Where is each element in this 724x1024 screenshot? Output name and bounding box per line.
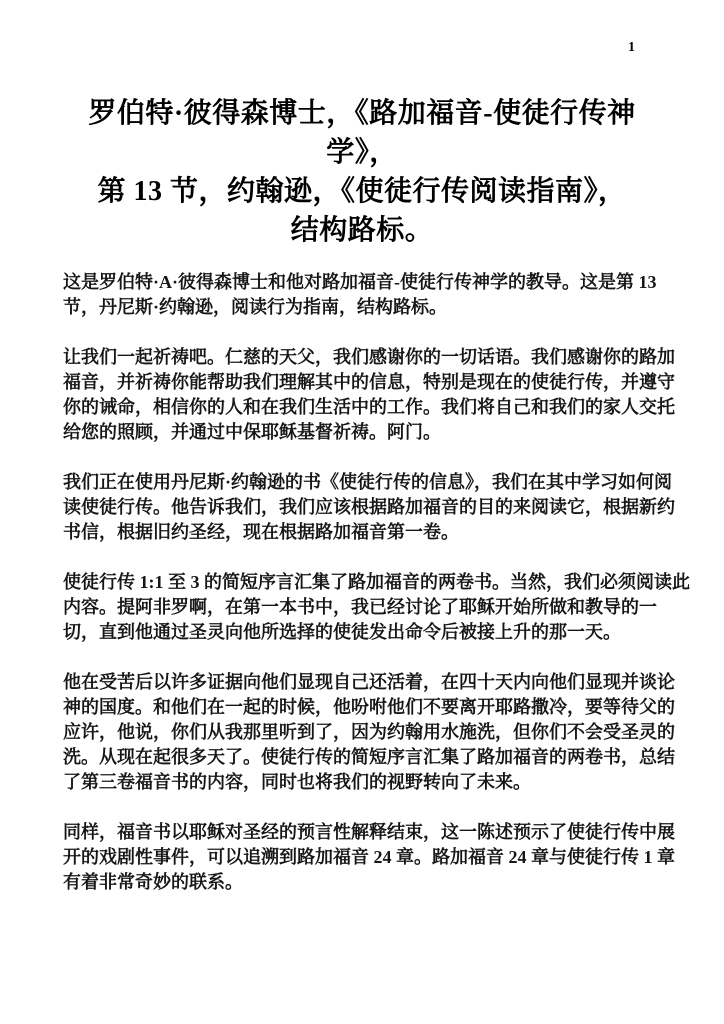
text-line: 这是罗伯特·A·彼得森博士和他对路加福音-使徒行传神学的教导。这是第 13 (63, 270, 664, 295)
text-line: 应许，他说，你们从我那里听到了，因为约翰用水施洗，但你们不会受圣灵的 (63, 720, 664, 745)
document-body: 这是罗伯特·A·彼得森博士和他对路加福音-使徒行传神学的教导。这是第 13 节，… (63, 270, 664, 920)
paragraph-acts-preface: 使徒行传 1:1 至 3 的简短序言汇集了路加福音的两卷书。当然，我们必须阅读此… (63, 570, 664, 645)
text-line: 同样，福音书以耶稣对圣经的预言性解释结束，这一陈述预示了使徒行传中展 (63, 820, 664, 845)
document-title: 罗伯特·彼得森博士，《路加福音-使徒行传神 学》， 第 13 节，约翰逊，《使徒… (40, 94, 684, 250)
text-line: 洗。从现在起很多天了。使徒行传的简短序言汇集了路加福音的两卷书，总结 (63, 745, 664, 770)
paragraph-prayer: 让我们一起祈祷吧。仁慈的天父，我们感谢你的一切话语。我们感谢你的路加 福音，并祈… (63, 345, 664, 445)
paragraph-forty-days: 他在受苦后以许多证据向他们显现自己还活着，在四十天内向他们显现并谈论 神的国度。… (63, 670, 664, 795)
text-line: 福音，并祈祷你能帮助我们理解其中的信息，特别是现在的使徒行传，并遵守 (63, 370, 664, 395)
text-line: 让我们一起祈祷吧。仁慈的天父，我们感谢你的一切话语。我们感谢你的路加 (63, 345, 664, 370)
text-line: 神的国度。和他们在一起的时候，他吩咐他们不要离开耶路撒冷，要等待父的 (63, 695, 664, 720)
text-line: 他在受苦后以许多证据向他们显现自己还活着，在四十天内向他们显现并谈论 (63, 670, 664, 695)
paragraph-book-intro: 我们正在使用丹尼斯·约翰逊的书《使徒行传的信息》，我们在其中学习如何阅 读使徒行… (63, 470, 664, 545)
text-line: 我们正在使用丹尼斯·约翰逊的书《使徒行传的信息》，我们在其中学习如何阅 (63, 470, 664, 495)
paragraph-intro: 这是罗伯特·A·彼得森博士和他对路加福音-使徒行传神学的教导。这是第 13 节，… (63, 270, 664, 320)
text-line: 你的诫命，相信你的人和在我们生活中的工作。我们将自己和我们的家人交托 (63, 395, 664, 420)
text-line: 读使徒行传。他告诉我们，我们应该根据路加福音的目的来阅读它，根据新约 (63, 495, 664, 520)
title-line: 结构路标。 (40, 211, 684, 250)
paragraph-luke24-link: 同样，福音书以耶稣对圣经的预言性解释结束，这一陈述预示了使徒行传中展 开的戏剧性… (63, 820, 664, 895)
page-number: 1 (628, 40, 635, 56)
title-line: 学》， (40, 133, 684, 172)
text-line: 有着非常奇妙的联系。 (63, 870, 664, 895)
text-line: 使徒行传 1:1 至 3 的简短序言汇集了路加福音的两卷书。当然，我们必须阅读此 (63, 570, 664, 595)
text-line: 开的戏剧性事件，可以追溯到路加福音 24 章。路加福音 24 章与使徒行传 1 … (63, 845, 664, 870)
text-line: 切，直到他通过圣灵向他所选择的使徒发出命令后被接上升的那一天。 (63, 620, 664, 645)
title-line: 罗伯特·彼得森博士，《路加福音-使徒行传神 (40, 94, 684, 133)
text-line: 书信，根据旧约圣经，现在根据路加福音第一卷。 (63, 520, 664, 545)
text-line: 内容。提阿非罗啊，在第一本书中，我已经讨论了耶稣开始所做和教导的一 (63, 595, 664, 620)
text-line: 了第三卷福音书的内容，同时也将我们的视野转向了未来。 (63, 770, 664, 795)
text-line: 节，丹尼斯·约翰逊，阅读行为指南，结构路标。 (63, 295, 664, 320)
title-line: 第 13 节，约翰逊，《使徒行传阅读指南》， (40, 172, 684, 211)
text-line: 给您的照顾，并通过中保耶稣基督祈祷。阿门。 (63, 420, 664, 445)
document-page: 1 罗伯特·彼得森博士，《路加福音-使徒行传神 学》， 第 13 节，约翰逊，《… (0, 0, 724, 1024)
